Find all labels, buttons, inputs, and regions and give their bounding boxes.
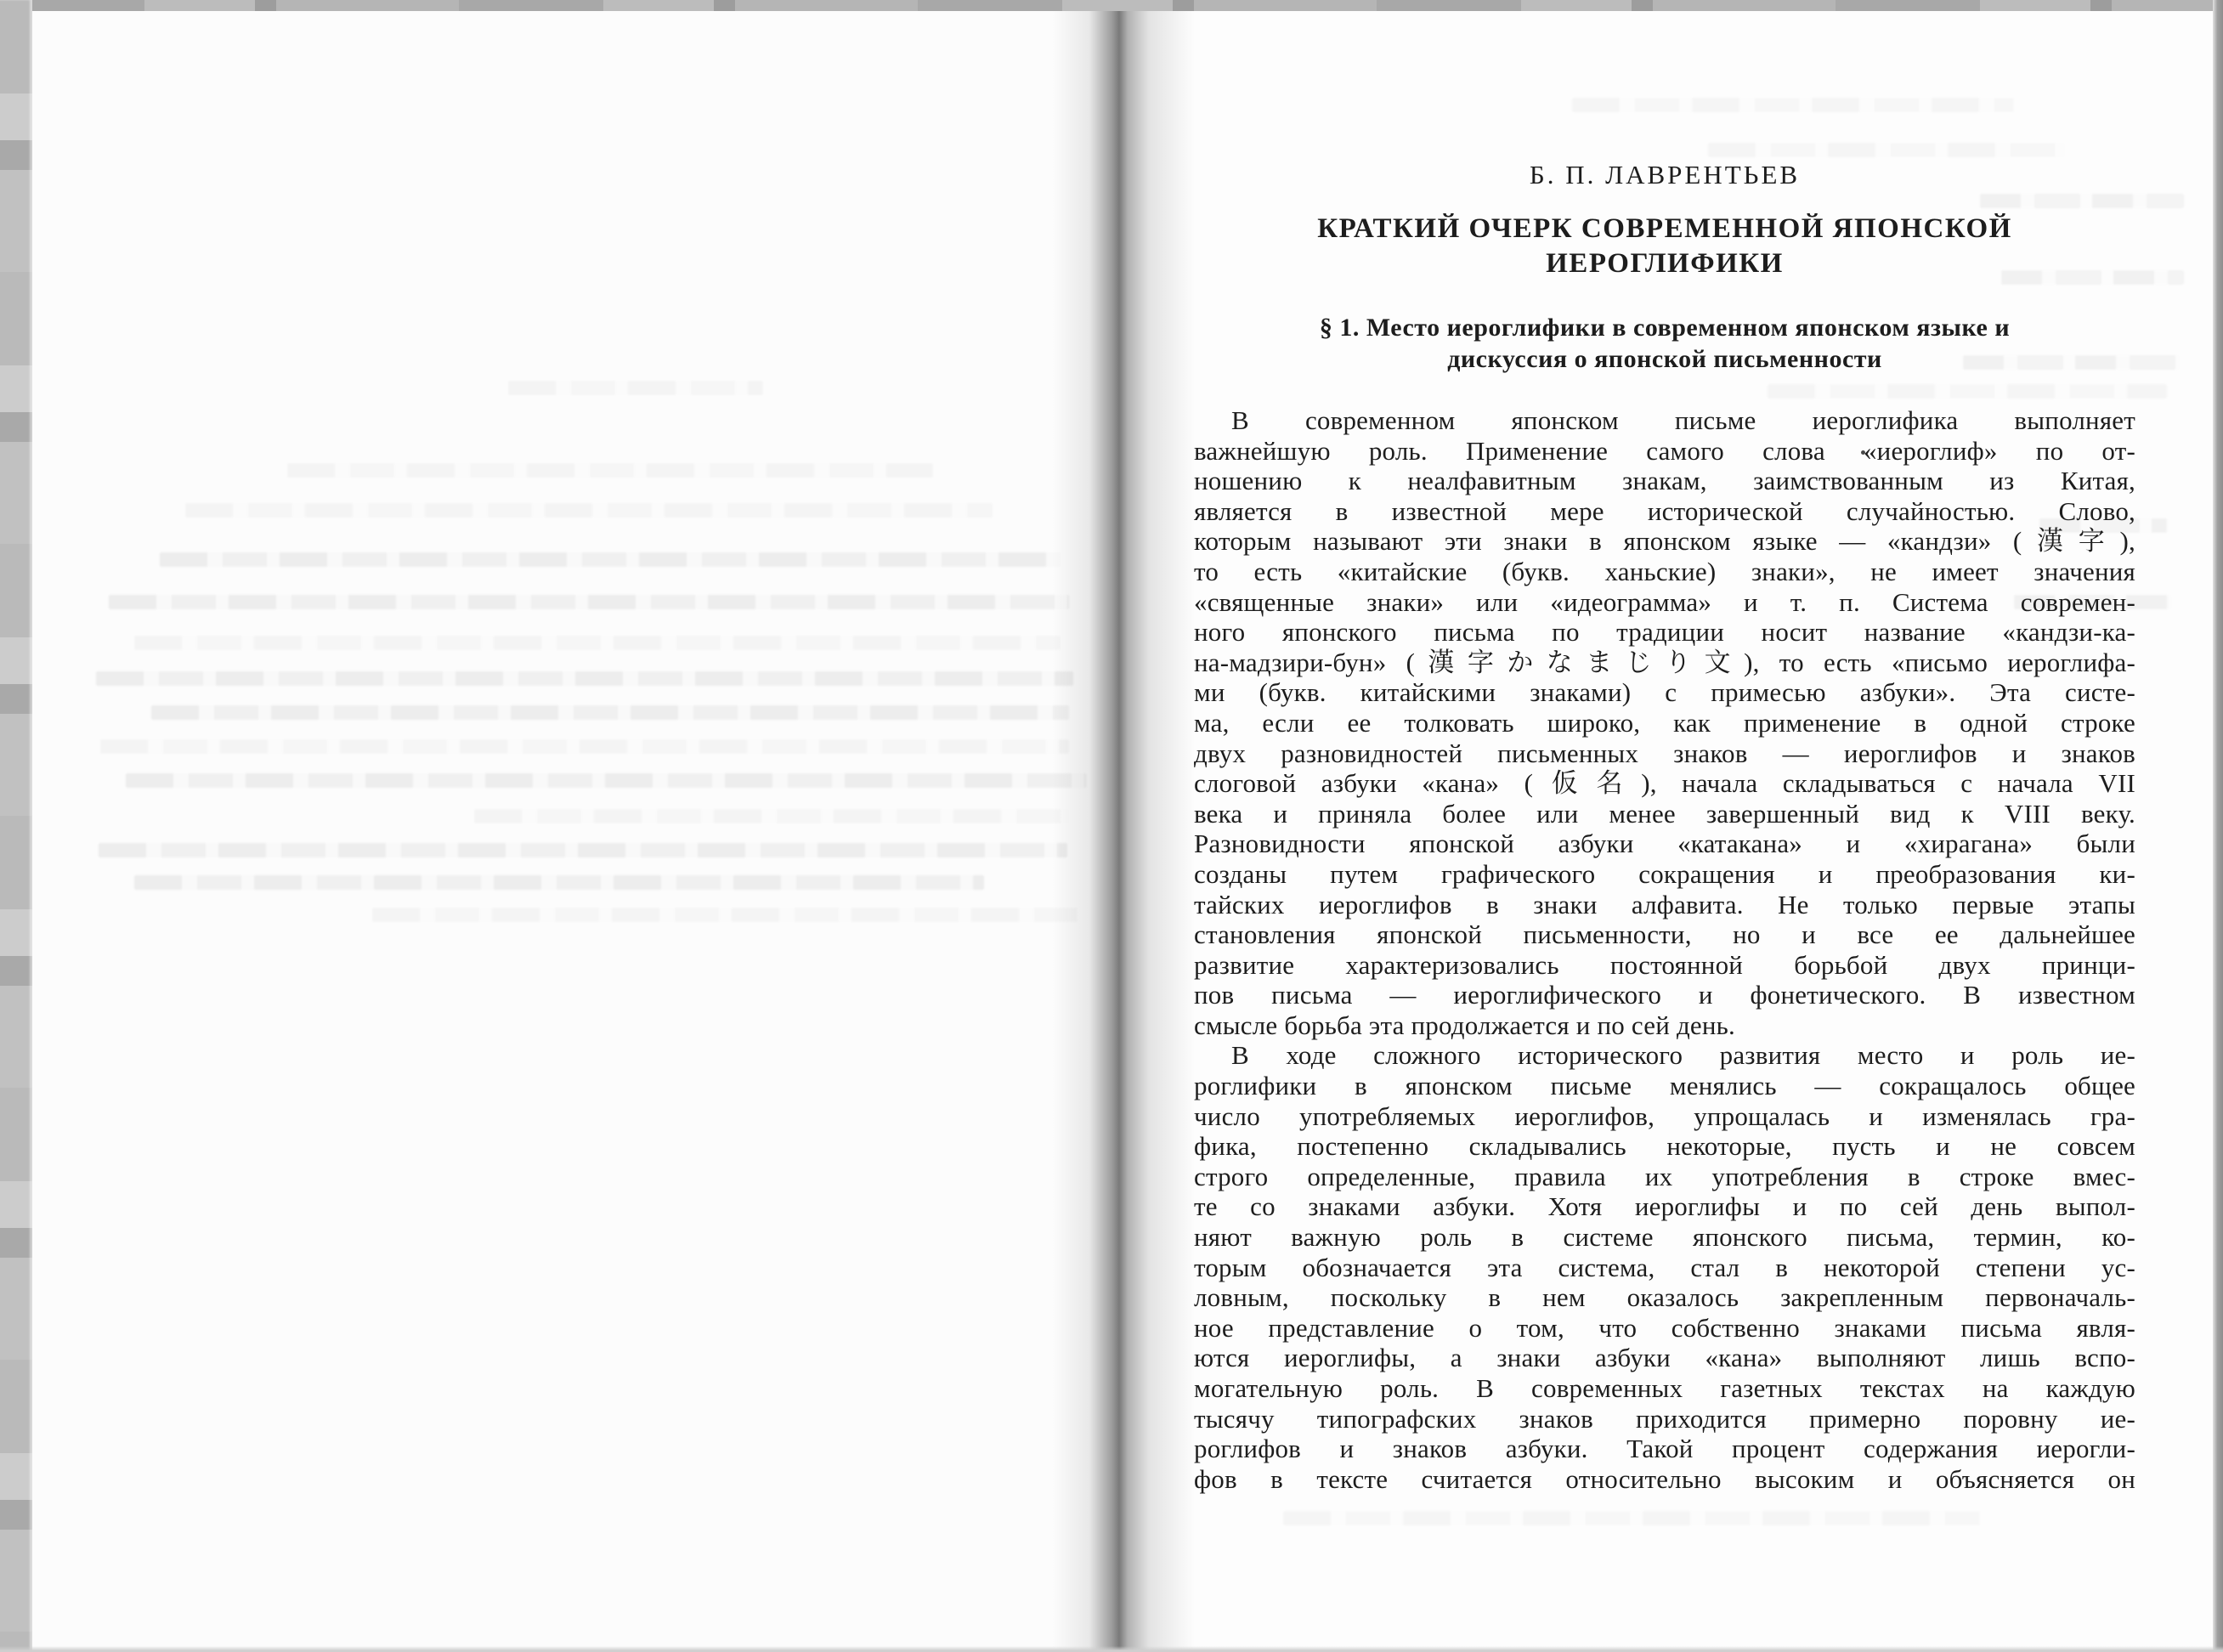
bleedthrough-line bbox=[1708, 143, 2065, 157]
author-line: Б. П. ЛАВРЕНТЬЕВ bbox=[1194, 160, 2135, 190]
scan-edge-top bbox=[0, 0, 2223, 11]
body-line: ются иероглифы, а знаки азбуки «кана» вы… bbox=[1194, 1343, 2135, 1373]
page-gutter bbox=[1052, 0, 1195, 1652]
body-line: фов в тексте считается относительно высо… bbox=[1194, 1464, 2135, 1495]
bleedthrough-line bbox=[109, 595, 1069, 609]
body-line: тысячу типографских знаков приходится пр… bbox=[1194, 1404, 2135, 1434]
body-line: строго определенные, правила их употребл… bbox=[1194, 1162, 2135, 1192]
body-line: ловным, поскольку в нем оказалось закреп… bbox=[1194, 1282, 2135, 1313]
body-line: на-мадзири-бун» (漢字かなまじり文), то есть «пис… bbox=[1194, 648, 2135, 678]
scanned-book-spread: Б. П. ЛАВРЕНТЬЕВ КРАТКИЙ ОЧЕРК СОВРЕМЕНН… bbox=[0, 0, 2223, 1652]
body-line: число употребляемых иероглифов, упрощала… bbox=[1194, 1101, 2135, 1132]
bleedthrough-line bbox=[134, 875, 984, 890]
body-line: смысле борьба эта продолжается и по сей … bbox=[1194, 1010, 2135, 1041]
body-line: ного японского письма по традиции носит … bbox=[1194, 617, 2135, 648]
bleedthrough-line bbox=[287, 463, 933, 478]
body-line: В современном японском письме иероглифик… bbox=[1194, 405, 2135, 436]
bleedthrough-line bbox=[151, 705, 1069, 720]
body-line: важнейшую роль. Применение самого слова … bbox=[1194, 436, 2135, 467]
body-line: то есть «китайские (букв. ханьские) знак… bbox=[1194, 557, 2135, 587]
body-line: торым обозначается эта система, стал в н… bbox=[1194, 1253, 2135, 1283]
body-text: В современном японском письме иероглифик… bbox=[1194, 405, 2135, 1494]
bleedthrough-line bbox=[126, 773, 1086, 788]
body-line: ное представление о том, что собственно … bbox=[1194, 1313, 2135, 1344]
section-heading-line2: дискуссия о японской письменности bbox=[1194, 345, 2135, 374]
body-line: века и приняла более или менее завершенн… bbox=[1194, 799, 2135, 829]
body-line: фика, постепенно складывались некоторые,… bbox=[1194, 1131, 2135, 1162]
scan-edge-right bbox=[2213, 0, 2223, 1652]
bleedthrough-line bbox=[474, 809, 1069, 823]
body-line: В ходе сложного исторического развития м… bbox=[1194, 1040, 2135, 1071]
bleedthrough-line bbox=[134, 636, 1061, 650]
body-line: которым называют эти знаки в японском яз… bbox=[1194, 526, 2135, 557]
body-line: ми (букв. китайскими знаками) с примесью… bbox=[1194, 677, 2135, 708]
bleedthrough-line bbox=[1572, 98, 2014, 112]
body-line: развитие характеризовались постоянной бо… bbox=[1194, 950, 2135, 981]
body-line: няют важную роль в системе японского пис… bbox=[1194, 1222, 2135, 1253]
body-line: роглифики в японском письме менялись — с… bbox=[1194, 1071, 2135, 1101]
body-line: ма, если ее толковать широко, как примен… bbox=[1194, 708, 2135, 738]
right-page: Б. П. ЛАВРЕНТЬЕВ КРАТКИЙ ОЧЕРК СОВРЕМЕНН… bbox=[1113, 0, 2215, 1652]
page-title-line1: КРАТКИЙ ОЧЕРК СОВРЕМЕННОЙ ЯПОНСКОЙ bbox=[1194, 213, 2135, 245]
body-line: является в известной мере исторической с… bbox=[1194, 496, 2135, 527]
bleedthrough-line bbox=[96, 671, 1073, 686]
scan-edge-bottom bbox=[0, 1646, 2223, 1652]
bleedthrough-line bbox=[372, 908, 1078, 922]
bleedthrough-line bbox=[185, 503, 993, 518]
bleedthrough-line bbox=[1283, 1511, 1980, 1525]
body-line: «священные знаки» или «идеограмма» и т. … bbox=[1194, 587, 2135, 618]
bleedthrough-line bbox=[1768, 384, 2167, 399]
body-line: двух разновидностей письменных знаков — … bbox=[1194, 738, 2135, 769]
body-line: те со знаками азбуки. Хотя иероглифы и п… bbox=[1194, 1191, 2135, 1222]
bleedthrough-line bbox=[160, 552, 1061, 567]
bleedthrough-line bbox=[1980, 194, 2184, 208]
page-title-line2: ИЕРОГЛИФИКИ bbox=[1194, 248, 2135, 280]
body-line: слоговой азбуки «кана» (仮名), начала скла… bbox=[1194, 768, 2135, 799]
body-line: роглифов и знаков азбуки. Такой процент … bbox=[1194, 1434, 2135, 1464]
bleedthrough-line bbox=[99, 843, 1067, 857]
bleedthrough-line bbox=[508, 381, 763, 395]
body-line: пов письма — иероглифического и фонетиче… bbox=[1194, 980, 2135, 1010]
body-line: тайских иероглифов в знаки алфавита. Не … bbox=[1194, 890, 2135, 920]
body-line: могательную роль. В современных газетных… bbox=[1194, 1373, 2135, 1404]
scan-edge-left bbox=[0, 0, 32, 1652]
left-page bbox=[32, 0, 1113, 1652]
body-line: созданы путем графического сокращения и … bbox=[1194, 859, 2135, 890]
body-line: становления японской письменности, но и … bbox=[1194, 919, 2135, 950]
body-line: ношению к неалфавитным знакам, заимствов… bbox=[1194, 466, 2135, 496]
section-heading-line1: § 1. Место иероглифики в современном япо… bbox=[1194, 314, 2135, 342]
body-line: Разновидности японской азбуки «катакана»… bbox=[1194, 829, 2135, 859]
bleedthrough-line bbox=[100, 739, 1069, 754]
